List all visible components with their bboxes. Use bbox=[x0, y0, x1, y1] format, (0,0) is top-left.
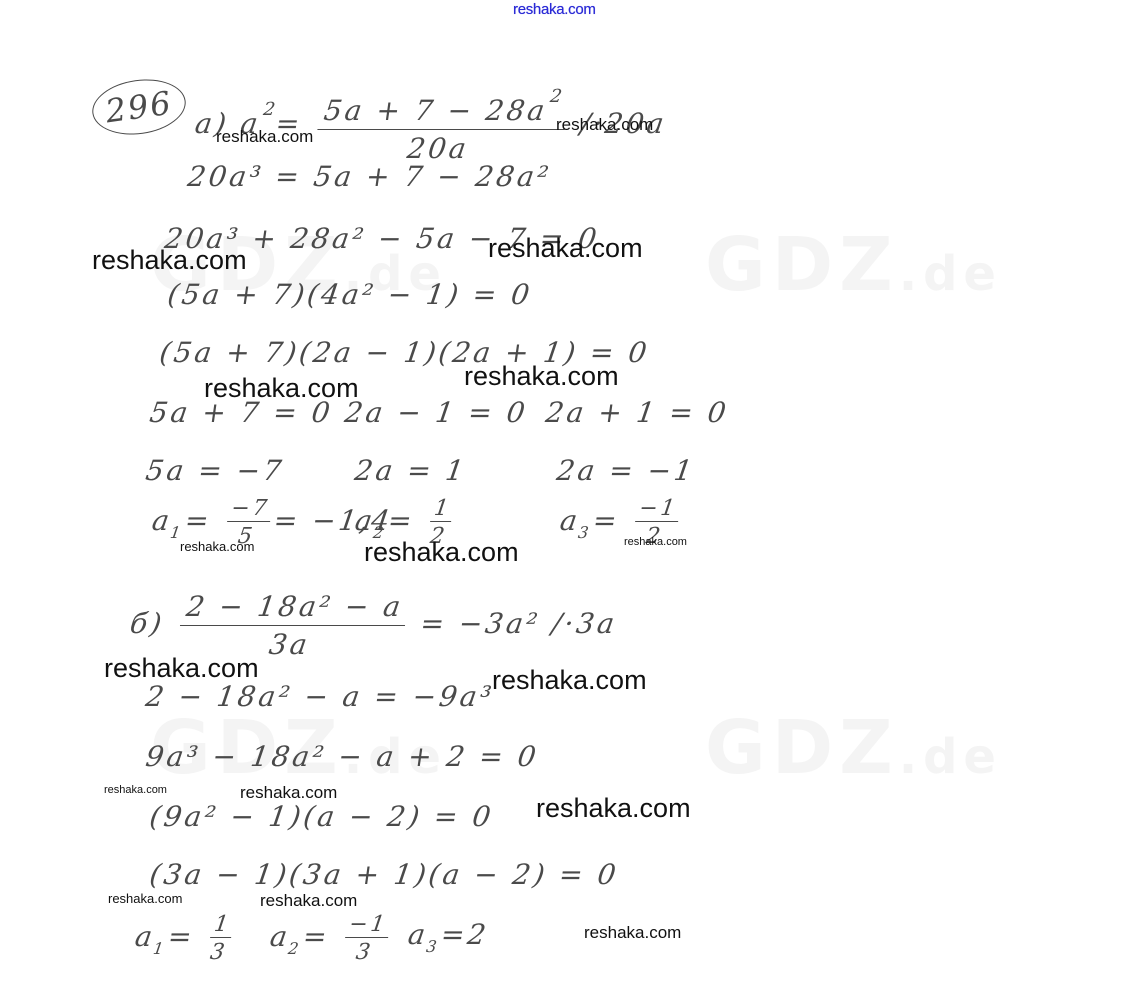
solution-page: GDZ.de GDZ.de GDZ.de GDZ.de 296 а) a2= 5… bbox=[0, 0, 1124, 992]
fraction: 5a + 7 − 28a2 20a bbox=[313, 86, 571, 165]
part-b-line-3: 9a³ − 18a² − a + 2 = 0 bbox=[144, 740, 541, 773]
ghost-watermark: GDZ.de bbox=[705, 222, 1002, 308]
root-b2: a2= −13 bbox=[266, 912, 395, 965]
part-b-line-5: (3a − 1)(3a + 1)(a − 2) = 0 bbox=[148, 858, 621, 891]
ghost-watermark: GDZ.de bbox=[705, 705, 1002, 791]
case-2-step: 2a = 1 bbox=[353, 454, 469, 487]
watermark: reshaka.com bbox=[556, 115, 653, 135]
watermark: reshaka.com bbox=[584, 923, 681, 943]
watermark: reshaka.com bbox=[108, 891, 182, 906]
watermark: reshaka.com bbox=[204, 373, 359, 404]
case-3-equation: 2a + 1 = 0 bbox=[544, 396, 731, 429]
fraction: 2 − 18a² − a 3a bbox=[175, 590, 410, 661]
watermark: reshaka.com bbox=[92, 245, 247, 276]
watermark: reshaka.com bbox=[260, 891, 357, 911]
watermark: reshaka.com bbox=[104, 784, 167, 796]
part-b-line-4: (9a² − 1)(a − 2) = 0 bbox=[148, 800, 496, 833]
part-b-label: б) bbox=[128, 607, 167, 640]
watermark: reshaka.com bbox=[536, 793, 691, 824]
part-b-line-2: 2 − 18a² − a = −9a³ bbox=[144, 680, 497, 713]
problem-number: 296 bbox=[89, 74, 190, 141]
multiply-note: /·3a bbox=[550, 607, 619, 640]
watermark: reshaka.com bbox=[464, 361, 619, 392]
watermark: reshaka.com bbox=[240, 783, 337, 803]
watermark: reshaka.com bbox=[624, 536, 687, 548]
watermark: reshaka.com bbox=[488, 233, 643, 264]
case-2-equation: 2a − 1 = 0 bbox=[343, 396, 530, 429]
case-1-step: 5a = −7 bbox=[144, 454, 287, 487]
watermark: reshaka.com bbox=[180, 539, 254, 554]
root-b3: a3=2 bbox=[405, 918, 491, 956]
watermark: reshaka.com bbox=[364, 537, 519, 568]
watermark: reshaka.com bbox=[492, 665, 647, 696]
part-a-line-4: (5a + 7)(4a² − 1) = 0 bbox=[166, 278, 535, 311]
watermark: reshaka.com bbox=[104, 653, 259, 684]
part-a-line-2: 20a³ = 5a + 7 − 28a² bbox=[186, 160, 554, 193]
case-3-step: 2a = −1 bbox=[555, 454, 698, 487]
root-b1: a1= 13 bbox=[131, 912, 239, 965]
watermark: reshaka.com bbox=[216, 127, 313, 147]
part-b-line-1: б) 2 − 18a² − a 3a = −3a² /·3a bbox=[125, 590, 622, 661]
